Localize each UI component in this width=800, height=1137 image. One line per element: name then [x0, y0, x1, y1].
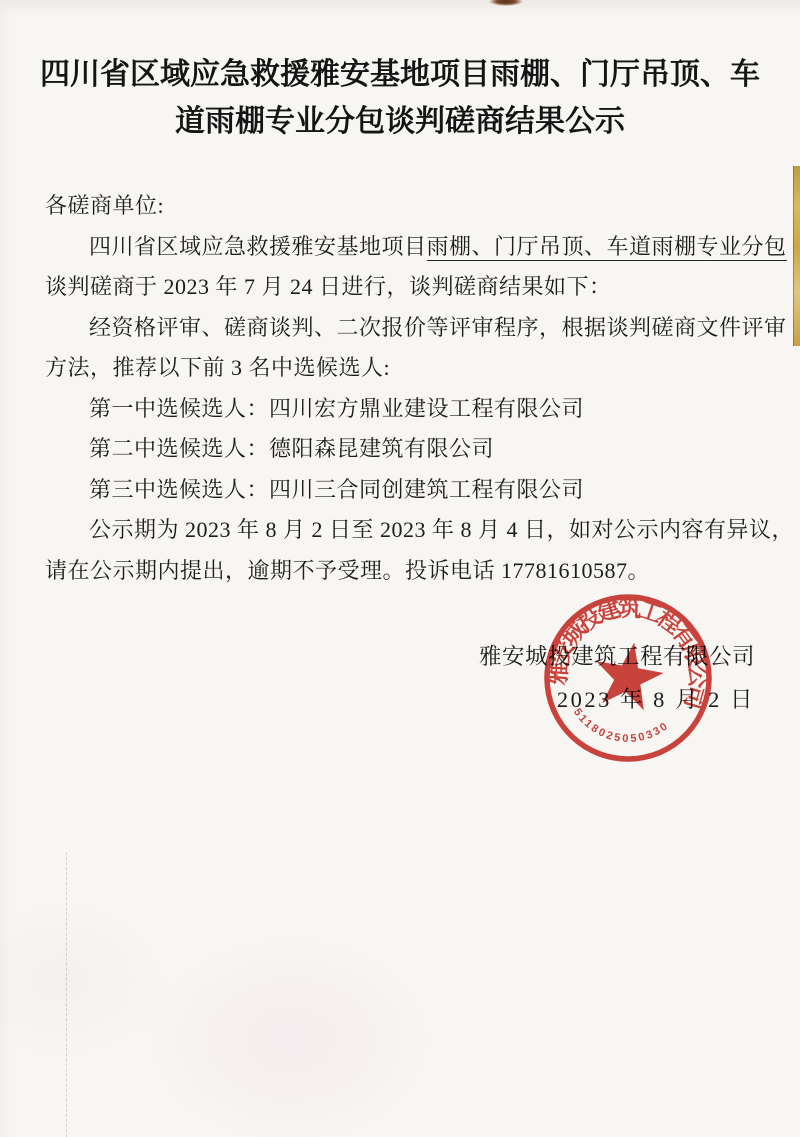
official-seal-stamp: 雅安城投建筑工程有限公司 5118025050330 [528, 578, 728, 778]
scanned-document-page: { "page": { "background": "#f8f6f2", "se… [0, 0, 800, 1137]
scan-smudge-artifact [489, 0, 523, 6]
candidate-1-name: 四川宏方鼎业建设工程有限公司 [269, 396, 584, 421]
candidate-3-label: 第三中选候选人： [89, 477, 269, 502]
candidate-2-line: 第二中选候选人：德阳森昆建筑有限公司 [45, 429, 757, 470]
candidate-3-line: 第三中选候选人：四川三合同创建筑工程有限公司 [45, 470, 757, 511]
candidate-1-label: 第一中选候选人： [89, 396, 269, 421]
document-title: 四川省区域应急救援雅安基地项目雨棚、门厅吊顶、车 道雨棚专业分包谈判磋商结果公示 [40, 51, 760, 145]
seal-star-icon [589, 637, 668, 713]
scan-edge-artifact [793, 166, 800, 346]
salutation: 各磋商单位: [45, 186, 757, 227]
document-body: 各磋商单位: 四川省区域应急救援雅安基地项目雨棚、门厅吊顶、车道雨棚专业分包 谈… [45, 186, 757, 591]
paragraph1-line1-pre: 四川省区域应急救援雅安基地项目 [89, 234, 427, 259]
seal-graphic: 雅安城投建筑工程有限公司 5118025050330 [528, 578, 728, 778]
paragraph2-line2: 方法，推荐以下前 3 名中选候选人: [45, 348, 757, 389]
paragraph1-line1: 四川省区域应急救援雅安基地项目雨棚、门厅吊顶、车道雨棚专业分包 [45, 227, 757, 268]
document-title-line1: 四川省区域应急救援雅安基地项目雨棚、门厅吊顶、车 [40, 51, 760, 98]
paper-fold-line [66, 852, 67, 1137]
candidate-2-name: 德阳森昆建筑有限公司 [269, 436, 494, 461]
paragraph1-line2: 谈判磋商于 2023 年 7 月 24 日进行，谈判磋商结果如下： [45, 267, 757, 308]
document-title-line2: 道雨棚专业分包谈判磋商结果公示 [40, 98, 760, 145]
candidate-1-line: 第一中选候选人：四川宏方鼎业建设工程有限公司 [45, 389, 757, 430]
candidate-3-name: 四川三合同创建筑工程有限公司 [269, 477, 584, 502]
notice-period-line1: 公示期为 2023 年 8 月 2 日至 2023 年 8 月 4 日，如对公示… [45, 510, 757, 551]
candidate-2-label: 第二中选候选人： [89, 436, 269, 461]
paragraph2-line1: 经资格评审、磋商谈判、二次报价等评审程序，根据谈判磋商文件评审 [45, 308, 757, 349]
paragraph1-underlined-text: 雨棚、门厅吊顶、车道雨棚专业分包 [427, 234, 787, 261]
